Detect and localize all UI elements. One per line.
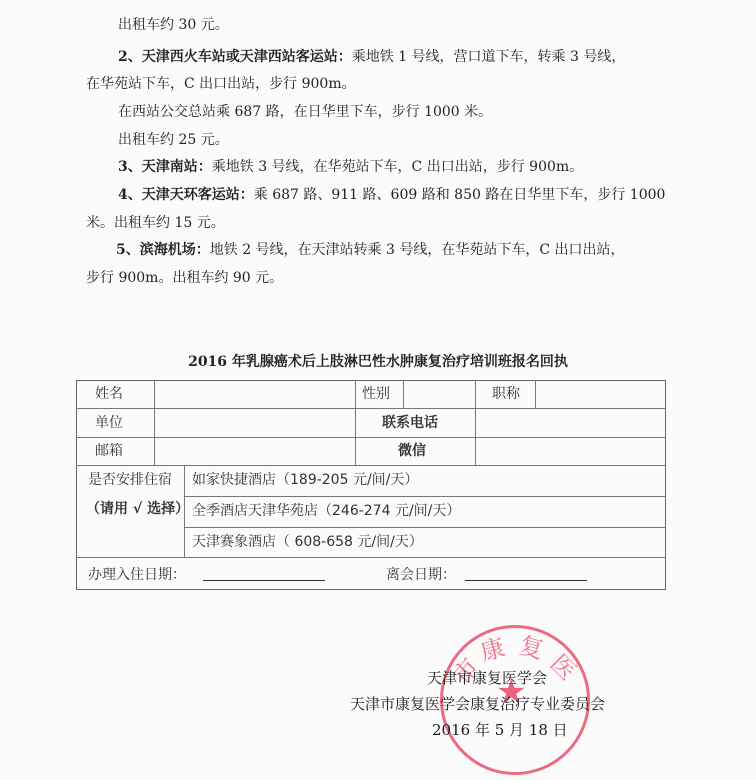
signature-date: 2016 年 5 月 18 日 [432,720,568,740]
item-2-heading: 2、天津西火车站或天津西站客运站： [118,49,352,65]
item-5-line-b: 步行 900m。出租车约 90 元。 [86,269,283,287]
col-divider [355,380,356,465]
row-divider [76,408,666,409]
checkin-date-field[interactable] [203,580,325,581]
hotel-option-rujia[interactable]: 如家快捷酒店（189-205 元/间/天） [192,471,662,489]
item-2-text-a: 乘地铁 1 号线，营口道下车，转乘 3 号线， [352,49,626,65]
label-email: 邮箱 [95,442,123,460]
item-3-heading: 3、天津南站： [118,159,212,175]
label-checkin-date: 办理入住日期： [88,566,186,584]
label-job-title: 职称 [492,385,520,403]
signature-org-2: 天津市康复医学会康复治疗专业委员会 [350,694,605,714]
item-4-heading: 4、天津天环客运站： [118,187,254,203]
item-3-line: 3、天津南站：乘地铁 3 号线，在华苑站下车，C 出口出站，步行 900m。 [118,158,583,176]
email-field[interactable] [156,438,354,464]
form-title: 2016 年乳腺癌术后上肢淋巴性水肿康复治疗培训班报名回执 [0,353,756,371]
col-divider [403,380,404,408]
item-2-taxi: 出租车约 25 元。 [118,131,229,149]
item-4-text-a: 乘 687 路、911 路、609 路和 850 路在日华里下车，步行 1000 [254,187,666,203]
item-4-line-a: 4、天津天环客运站：乘 687 路、911 路、609 路和 850 路在日华里… [118,186,665,204]
item-3-text: 乘地铁 3 号线，在华苑站下车，C 出口出站，步行 900m。 [212,159,583,175]
item-2-bus: 在西站公交总站乘 687 路，在日华里下车，步行 1000 米。 [118,103,492,121]
item-5-heading: 5、滨海机场： [116,242,210,258]
gender-field[interactable] [405,381,474,407]
item-2-line-b: 在华苑站下车，C 出口出站，步行 900m。 [86,75,356,93]
organization-field[interactable] [156,410,354,436]
row-divider [184,527,666,528]
name-field[interactable] [156,381,354,407]
item-5-line-a: 5、滨海机场：地铁 2 号线，在天津站转乘 3 号线，在华苑站下车，C 出口出站… [116,241,625,259]
signature-org-1: 天津市康复医学会 [427,668,547,688]
hotel-option-quanji[interactable]: 全季酒店天津华苑店（246-274 元/间/天） [192,502,662,520]
label-organization: 单位 [95,414,123,432]
label-name: 姓名 [95,385,123,403]
taxi-fare-line-1: 出租车约 30 元。 [118,16,229,34]
label-lodging-question: 是否安排住宿 [88,471,172,489]
label-phone: 联系电话 [382,414,438,432]
wechat-field[interactable] [477,438,665,464]
job-title-field[interactable] [537,381,665,407]
label-gender: 性别 [362,385,390,403]
label-leave-date: 离会日期： [386,566,456,584]
hotel-option-saixiang[interactable]: 天津赛象酒店（ 608-658 元/间/天） [192,533,662,551]
col-divider [535,380,536,408]
item-2-line-a: 2、天津西火车站或天津西站客运站：乘地铁 1 号线，营口道下车，转乘 3 号线， [118,48,625,66]
item-5-text-a: 地铁 2 号线，在天津站转乘 3 号线，在华苑站下车，C 出口出站， [210,242,625,258]
phone-field[interactable] [477,410,665,436]
label-wechat: 微信 [398,442,426,460]
row-divider [76,557,666,558]
leave-date-field[interactable] [465,580,587,581]
label-lodging-instruction: （请用 √ 选择） [86,500,189,518]
row-divider [184,496,666,497]
row-divider [76,465,666,466]
col-divider [154,380,155,465]
col-divider [475,380,476,465]
item-4-line-b: 米。出租车约 15 元。 [86,214,225,232]
